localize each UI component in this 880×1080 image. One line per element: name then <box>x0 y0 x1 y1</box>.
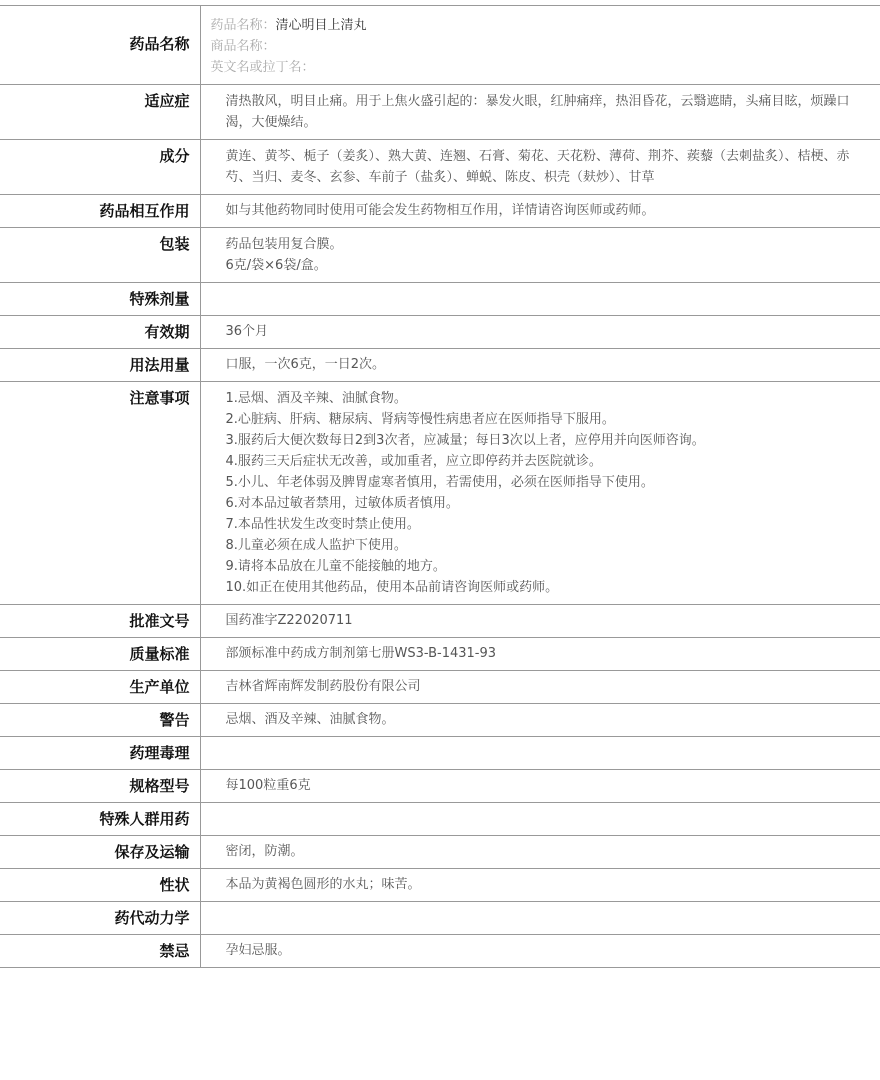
row-value: 本品为黄褐色圆形的水丸；味苦。 <box>200 869 880 902</box>
row-label: 药理毒理 <box>0 737 200 770</box>
row-label: 有效期 <box>0 316 200 349</box>
trade-name-key: 商品名称： <box>211 39 276 54</box>
row-label: 批准文号 <box>0 605 200 638</box>
packaging-line: 药品包装用复合膜。 <box>226 234 871 255</box>
row-label: 适应症 <box>0 85 200 140</box>
row-value: 1.忌烟、酒及辛辣、油腻食物。 2.心脏病、肝病、糖尿病、肾病等慢性病患者应在医… <box>200 382 880 605</box>
row-precautions: 注意事项 1.忌烟、酒及辛辣、油腻食物。 2.心脏病、肝病、糖尿病、肾病等慢性病… <box>0 382 880 605</box>
latin-name-line: 英文名或拉丁名： <box>211 57 871 78</box>
row-label: 特殊人群用药 <box>0 803 200 836</box>
row-value: 每100粒重6克 <box>200 770 880 803</box>
row-pharmacokinetics: 药代动力学 <box>0 902 880 935</box>
row-ingredients: 成分 黄连、黄芩、栀子（姜炙）、熟大黄、连翘、石膏、菊花、天花粉、薄荷、荆芥、蒺… <box>0 140 880 195</box>
row-value: 国药准字Z22020711 <box>200 605 880 638</box>
packaging-line: 6克/袋×6袋/盒。 <box>226 255 871 276</box>
row-interactions: 药品相互作用 如与其他药物同时使用可能会发生药物相互作用，详情请咨询医师或药师。 <box>0 195 880 228</box>
precaution-item: 8.儿童必须在成人监护下使用。 <box>226 535 871 556</box>
precaution-item: 2.心脏病、肝病、糖尿病、肾病等慢性病患者应在医师指导下服用。 <box>226 409 871 430</box>
row-label: 规格型号 <box>0 770 200 803</box>
row-quality-standard: 质量标准 部颁标准中药成方制剂第七册WS3-B-1431-93 <box>0 638 880 671</box>
row-value: 36个月 <box>200 316 880 349</box>
row-value <box>200 737 880 770</box>
row-label: 特殊剂量 <box>0 283 200 316</box>
precaution-item: 7.本品性状发生改变时禁止使用。 <box>226 514 871 535</box>
row-special-dosage: 特殊剂量 <box>0 283 880 316</box>
row-label: 药代动力学 <box>0 902 200 935</box>
row-label: 性状 <box>0 869 200 902</box>
row-warning: 警告 忌烟、酒及辛辣、油腻食物。 <box>0 704 880 737</box>
row-value <box>200 902 880 935</box>
precaution-item: 4.服药三天后症状无改善，或加重者，应立即停药并去医院就诊。 <box>226 451 871 472</box>
row-storage: 保存及运输 密闭，防潮。 <box>0 836 880 869</box>
row-label: 警告 <box>0 704 200 737</box>
precaution-item: 6.对本品过敏者禁用，过敏体质者慎用。 <box>226 493 871 514</box>
row-value: 吉林省辉南辉发制药股份有限公司 <box>200 671 880 704</box>
row-value: 忌烟、酒及辛辣、油腻食物。 <box>200 704 880 737</box>
precaution-item: 9.请将本品放在儿童不能接触的地方。 <box>226 556 871 577</box>
row-label: 禁忌 <box>0 935 200 968</box>
trade-name-line: 商品名称： <box>211 36 871 57</box>
row-dosage: 用法用量 口服，一次6克，一日2次。 <box>0 349 880 382</box>
row-label: 药品相互作用 <box>0 195 200 228</box>
precaution-item: 3.服药后大便次数每日2到3次者，应减量；每日3次以上者，应停用并向医师咨询。 <box>226 430 871 451</box>
row-contraindications: 禁忌 孕妇忌服。 <box>0 935 880 968</box>
row-description: 性状 本品为黄褐色圆形的水丸；味苦。 <box>0 869 880 902</box>
precaution-item: 10.如正在使用其他药品，使用本品前请咨询医师或药师。 <box>226 577 871 598</box>
generic-name-key: 药品名称： <box>211 18 276 33</box>
row-label: 包装 <box>0 228 200 283</box>
row-value: 口服，一次6克，一日2次。 <box>200 349 880 382</box>
precaution-item: 1.忌烟、酒及辛辣、油腻食物。 <box>226 388 871 409</box>
row-manufacturer: 生产单位 吉林省辉南辉发制药股份有限公司 <box>0 671 880 704</box>
row-value: 清热散风，明目止痛。用于上焦火盛引起的：暴发火眼，红肿痛痒，热泪昏花，云翳遮睛，… <box>200 85 880 140</box>
row-value: 孕妇忌服。 <box>200 935 880 968</box>
precaution-item: 5.小儿、年老体弱及脾胃虚寒者慎用，若需使用，必须在医师指导下使用。 <box>226 472 871 493</box>
row-shelf-life: 有效期 36个月 <box>0 316 880 349</box>
row-approval-number: 批准文号 国药准字Z22020711 <box>0 605 880 638</box>
row-special-populations: 特殊人群用药 <box>0 803 880 836</box>
drug-spec-table: 药品名称 药品名称：清心明目上清丸 商品名称： 英文名或拉丁名： 适应症 清热散… <box>0 5 880 968</box>
generic-name-value: 清心明目上清丸 <box>276 18 367 33</box>
row-label: 质量标准 <box>0 638 200 671</box>
row-label: 药品名称 <box>0 6 200 85</box>
row-label: 生产单位 <box>0 671 200 704</box>
row-value: 黄连、黄芩、栀子（姜炙）、熟大黄、连翘、石膏、菊花、天花粉、薄荷、荆芥、蒺藜（去… <box>200 140 880 195</box>
row-value <box>200 283 880 316</box>
row-label: 成分 <box>0 140 200 195</box>
row-label: 用法用量 <box>0 349 200 382</box>
row-indications: 适应症 清热散风，明目止痛。用于上焦火盛引起的：暴发火眼，红肿痛痒，热泪昏花，云… <box>0 85 880 140</box>
row-pharmacology: 药理毒理 <box>0 737 880 770</box>
row-label: 注意事项 <box>0 382 200 605</box>
generic-name-line: 药品名称：清心明目上清丸 <box>211 15 871 36</box>
row-specification: 规格型号 每100粒重6克 <box>0 770 880 803</box>
row-label: 保存及运输 <box>0 836 200 869</box>
row-value: 部颁标准中药成方制剂第七册WS3-B-1431-93 <box>200 638 880 671</box>
row-value <box>200 803 880 836</box>
row-value: 密闭，防潮。 <box>200 836 880 869</box>
row-drug-name: 药品名称 药品名称：清心明目上清丸 商品名称： 英文名或拉丁名： <box>0 6 880 85</box>
row-value: 药品包装用复合膜。 6克/袋×6袋/盒。 <box>200 228 880 283</box>
row-packaging: 包装 药品包装用复合膜。 6克/袋×6袋/盒。 <box>0 228 880 283</box>
row-value: 如与其他药物同时使用可能会发生药物相互作用，详情请咨询医师或药师。 <box>200 195 880 228</box>
latin-name-key: 英文名或拉丁名： <box>211 60 315 75</box>
drug-name-values: 药品名称：清心明目上清丸 商品名称： 英文名或拉丁名： <box>200 6 880 85</box>
